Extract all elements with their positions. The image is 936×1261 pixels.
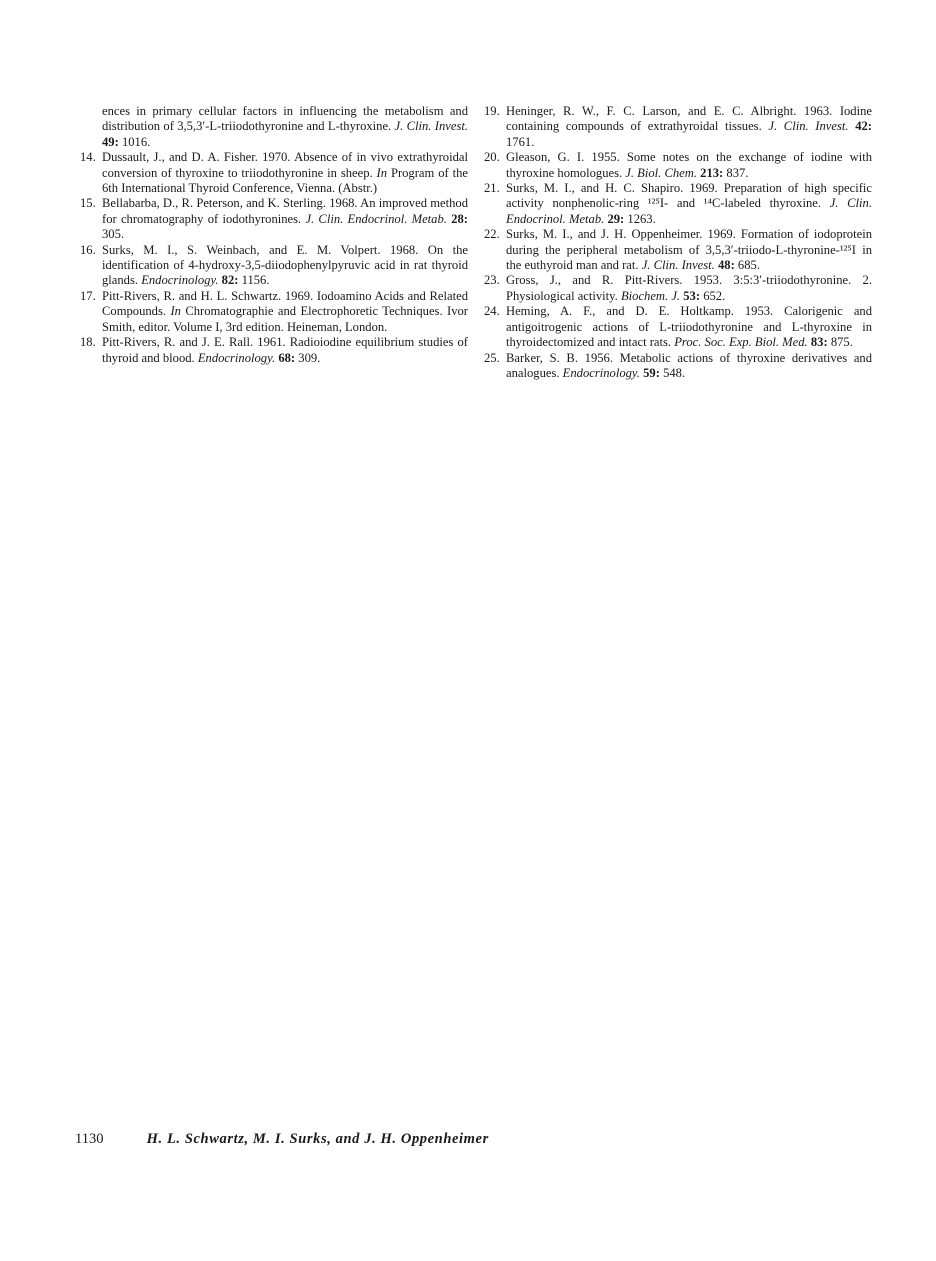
pages: 1761. — [506, 135, 534, 149]
volume: 29 — [607, 212, 620, 226]
page-number: 1130 — [75, 1131, 143, 1148]
reference-item: 17.Pitt-Rivers, R. and H. L. Schwartz. 1… — [80, 289, 468, 335]
reference-item: 15.Bellabarba, D., R. Peterson, and K. S… — [80, 196, 468, 242]
pages: 1156. — [242, 273, 270, 287]
pages: 1263. — [627, 212, 655, 226]
reference-number: 17. — [80, 289, 96, 304]
volume: 83 — [811, 335, 824, 349]
journal-name: J. Clin. Endocrinol. Metab. — [305, 212, 447, 226]
reference-continuation: ences in primary cellular factors in inf… — [80, 104, 468, 150]
pages: 652. — [703, 289, 725, 303]
reference-number: 23. — [484, 273, 500, 288]
pages: 305. — [102, 227, 124, 241]
reference-number: 22. — [484, 227, 500, 242]
volume: 28 — [451, 212, 464, 226]
volume: 53 — [683, 289, 696, 303]
journal-name: J. Biol. Chem. — [625, 166, 697, 180]
pages: 875. — [831, 335, 853, 349]
reference-italic: In — [170, 304, 181, 318]
reference-item: 25.Barker, S. B. 1956. Metabolic actions… — [484, 351, 872, 382]
reference-number: 25. — [484, 351, 500, 366]
volume: 49 — [102, 135, 115, 149]
volume: 48 — [718, 258, 731, 272]
volume: 68 — [278, 351, 291, 365]
pages: 837. — [726, 166, 748, 180]
reference-number: 19. — [484, 104, 500, 119]
running-authors: H. L. Schwartz, M. I. Surks, and J. H. O… — [147, 1131, 489, 1147]
volume: 42 — [855, 119, 868, 133]
left-column: ences in primary cellular factors in inf… — [80, 104, 468, 366]
reference-item: 19.Heninger, R. W., F. C. Larson, and E.… — [484, 104, 872, 150]
volume: 82 — [222, 273, 235, 287]
journal-name: Biochem. J. — [621, 289, 680, 303]
journal-name: Endocrinology. — [141, 273, 218, 287]
reference-item: 23.Gross, J., and R. Pitt-Rivers. 1953. … — [484, 273, 872, 304]
reference-number: 24. — [484, 304, 500, 319]
reference-text: Surks, M. I., and H. C. Shapiro. 1969. P… — [506, 181, 872, 210]
pages: 685. — [738, 258, 760, 272]
reference-item: 16.Surks, M. I., S. Weinbach, and E. M. … — [80, 243, 468, 289]
reference-item: 24.Heming, A. F., and D. E. Holtkamp. 19… — [484, 304, 872, 350]
reference-item: 18.Pitt-Rivers, R. and J. E. Rall. 1961.… — [80, 335, 468, 366]
reference-item: 14.Dussault, J., and D. A. Fisher. 1970.… — [80, 150, 468, 196]
volume: 59 — [643, 366, 656, 380]
reference-item: 21.Surks, M. I., and H. C. Shapiro. 1969… — [484, 181, 872, 227]
reference-number: 16. — [80, 243, 96, 258]
right-column: 19.Heninger, R. W., F. C. Larson, and E.… — [484, 104, 872, 381]
page-footer: 1130 H. L. Schwartz, M. I. Surks, and J.… — [75, 1131, 489, 1148]
reference-number: 21. — [484, 181, 500, 196]
reference-text: Barker, S. B. 1956. Metabolic actions of… — [506, 351, 872, 380]
journal-name: J. Clin. Invest. — [768, 119, 848, 133]
reference-number: 15. — [80, 196, 96, 211]
pages: 1016. — [122, 135, 150, 149]
reference-item: 22.Surks, M. I., and J. H. Oppenheimer. … — [484, 227, 872, 273]
reference-number: 14. — [80, 150, 96, 165]
pages: 548. — [663, 366, 685, 380]
reference-number: 18. — [80, 335, 96, 350]
reference-italic: In — [377, 166, 388, 180]
journal-name: J. Clin. Invest. — [642, 258, 715, 272]
journal-name: Endocrinology. — [563, 366, 640, 380]
journal-name: J. Clin. Invest. — [395, 119, 468, 133]
volume: 213 — [700, 166, 719, 180]
reference-number: 20. — [484, 150, 500, 165]
pages: 309. — [298, 351, 320, 365]
reference-item: 20.Gleason, G. I. 1955. Some notes on th… — [484, 150, 872, 181]
journal-name: Endocrinology. — [198, 351, 275, 365]
journal-name: Proc. Soc. Exp. Biol. Med. — [674, 335, 807, 349]
